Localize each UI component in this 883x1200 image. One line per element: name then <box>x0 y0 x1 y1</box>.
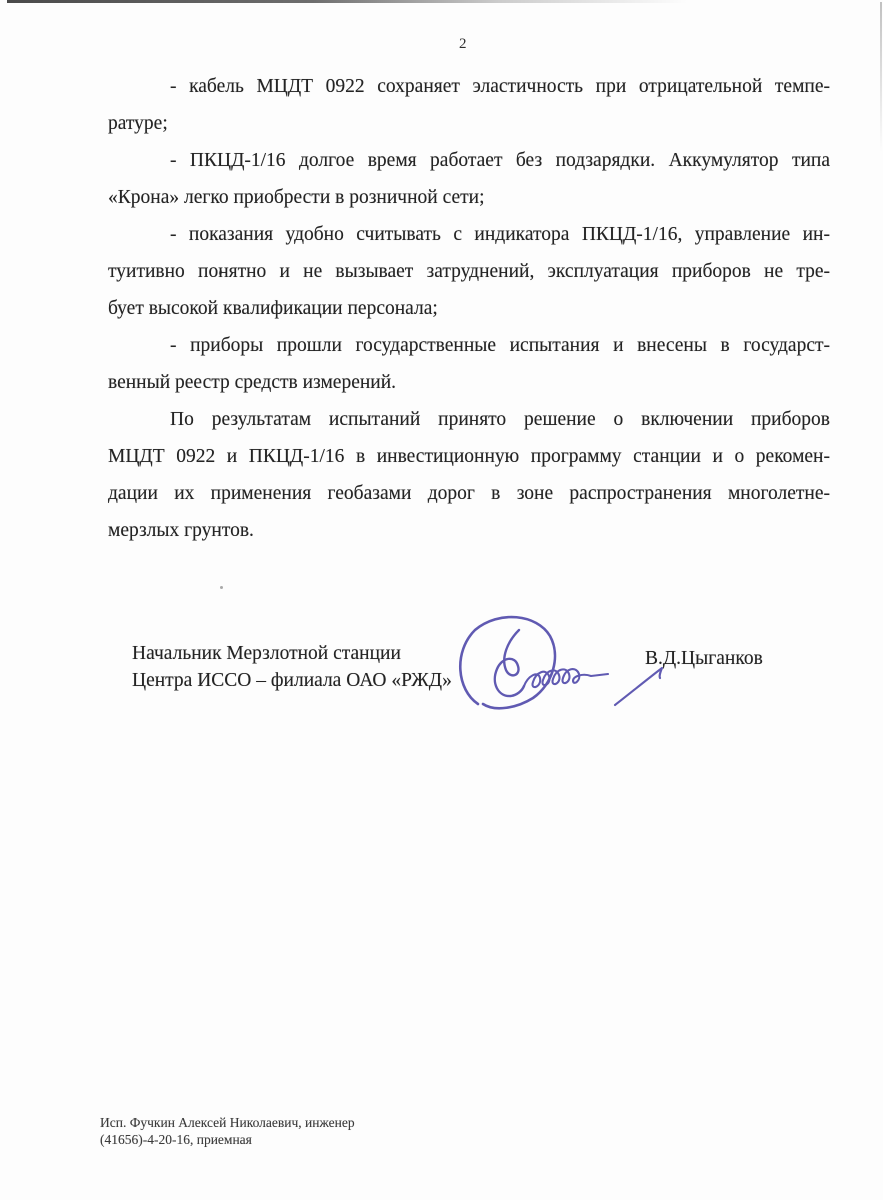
scan-artifact-right-edge <box>880 2 882 152</box>
body-line: венный реестр средств измерений. <box>108 364 830 401</box>
body-line: бует высокой квалификации персонала; <box>108 290 830 327</box>
footer-phone-line: (41656)-4-20-16, приемная <box>100 1131 355 1148</box>
scan-speck <box>220 586 223 589</box>
signature-position-line: Начальник Мерзлотной станции <box>132 641 452 668</box>
body-text: - кабель МЦДТ 0922 сохраняет эластичност… <box>108 68 830 549</box>
body-line: МЦДТ 0922 и ПКЦД-1/16 в инвестиционную п… <box>108 438 830 475</box>
body-line: - приборы прошли государственные испытан… <box>108 327 830 364</box>
body-line: - кабель МЦДТ 0922 сохраняет эластичност… <box>108 68 830 105</box>
body-line: По результатам испытаний принято решение… <box>108 401 830 438</box>
scan-artifact-top-edge <box>7 0 687 3</box>
document-page: 2 - кабель МЦДТ 0922 сохраняет эластично… <box>0 0 883 1200</box>
signer-name: В.Д.Цыганков <box>645 648 763 670</box>
signature-ink-strokes <box>460 617 662 708</box>
body-line: дации их применения геобазами дорог в зо… <box>108 475 830 512</box>
body-line: мерзлых грунтов. <box>108 512 830 549</box>
body-line: ратуре; <box>108 105 830 142</box>
signature-position-line: Центра ИССО – филиала ОАО «РЖД» <box>132 668 452 695</box>
body-line: - ПКЦД-1/16 долгое время работает без по… <box>108 142 830 179</box>
body-line: - показания удобно считывать с индикатор… <box>108 216 830 253</box>
footer-executor-line: Исп. Фучкин Алексей Николаевич, инженер <box>100 1114 355 1131</box>
footer-block: Исп. Фучкин Алексей Николаевич, инженер … <box>100 1114 355 1148</box>
body-line: «Крона» легко приобрести в розничной сет… <box>108 179 830 216</box>
signature-position-block: Начальник Мерзлотной станции Центра ИССО… <box>132 641 452 694</box>
page-number: 2 <box>459 36 467 53</box>
body-line: туитивно понятно и не вызывает затруднен… <box>108 253 830 290</box>
